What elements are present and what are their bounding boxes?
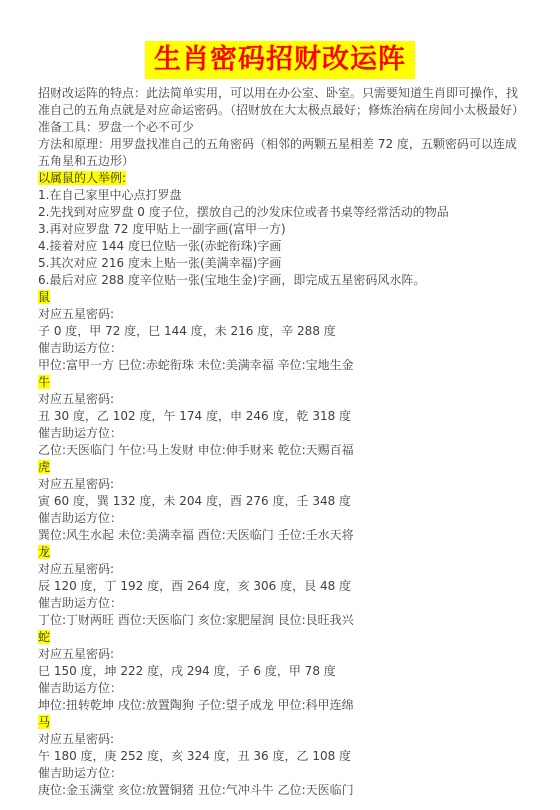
intro-line-5: 五角星和五边形）	[38, 153, 530, 170]
zodiac-label-horse: 马	[38, 714, 530, 731]
code-label-tiger: 对应五星密码:	[38, 476, 530, 493]
zodiac-label-rat: 鼠	[38, 289, 530, 306]
intro-line-2: 准自己的五角点就是对应命运密码。（招财放在大太极点最好；修炼治病在房间小太极最好…	[38, 102, 530, 119]
step-3: 3.再对应罗盘 72 度甲贴上一副字画(富甲一方)	[38, 221, 530, 238]
luck-label-horse: 催吉助运方位：	[38, 765, 530, 782]
step-2: 2.先找到对应罗盘 0 度子位，摆放自己的沙发床位或者书桌等经常活动的物品	[38, 204, 530, 221]
code-label-horse: 对应五星密码:	[38, 731, 530, 748]
zodiac-label-snake: 蛇	[38, 629, 530, 646]
zodiac-label-tiger: 虎	[38, 459, 530, 476]
zodiac-label-dragon-text: 龙	[38, 545, 50, 559]
luck-label-tiger: 催吉助运方位：	[38, 510, 530, 527]
luck-label-ox: 催吉助运方位：	[38, 425, 530, 442]
luck-label-snake: 催吉助运方位：	[38, 680, 530, 697]
luck-values-horse: 庚位:金玉满堂 亥位:放置铜猪 丑位:气冲斗牛 乙位:天医临门	[38, 782, 530, 799]
intro-line-3: 准备工具：罗盘一个必不可少	[38, 119, 530, 136]
zodiac-label-horse-text: 马	[38, 715, 50, 729]
code-label-ox: 对应五星密码:	[38, 391, 530, 408]
zodiac-label-rat-text: 鼠	[38, 290, 50, 304]
code-values-snake: 巳 150 度，坤 222 度，戌 294 度，子 6 度，甲 78 度	[38, 663, 530, 680]
page-title: 生肖密码招财改运阵	[145, 41, 415, 79]
code-values-ox: 丑 30 度，乙 102 度，午 174 度，申 246 度，乾 318 度	[38, 408, 530, 425]
luck-values-dragon: 丁位:丁财两旺 酉位:天医临门 亥位:家肥屋润 艮位:艮旺我兴	[38, 612, 530, 629]
luck-values-ox: 乙位:天医临门 午位:马上发财 申位:伸手财来 乾位:天赐百福	[38, 442, 530, 459]
code-label-snake: 对应五星密码:	[38, 646, 530, 663]
code-values-horse: 午 180 度，庚 252 度，亥 324 度，丑 36 度，乙 108 度	[38, 748, 530, 765]
luck-values-tiger: 巽位:风生水起 未位:美满幸福 酉位:天医临门 壬位:壬水天将	[38, 527, 530, 544]
code-values-dragon: 辰 120 度，丁 192 度，酉 264 度，亥 306 度，艮 48 度	[38, 578, 530, 595]
code-values-rat: 子 0 度，甲 72 度，巳 144 度，未 216 度，辛 288 度	[38, 323, 530, 340]
intro-line-1: 招财改运阵的特点：此法简单实用，可以用在办公室、卧室。只需要知道生肖即可操作，找	[38, 85, 530, 102]
luck-values-snake: 坤位:扭转乾坤 戌位:放置陶狗 子位:望子成龙 甲位:科甲连绵	[38, 697, 530, 714]
code-label-rat: 对应五星密码:	[38, 306, 530, 323]
example-heading-text: 以属鼠的人举例:	[38, 171, 126, 185]
luck-values-rat: 甲位:富甲一方 巳位:赤蛇衔珠 未位:美满幸福 辛位:宝地生金	[38, 357, 530, 374]
step-6: 6.最后对应 288 度辛位贴一张(宝地生金)字画，即完成五星密码风水阵。	[38, 272, 530, 289]
step-1: 1.在自己家里中心点打罗盘	[38, 187, 530, 204]
example-heading: 以属鼠的人举例:	[38, 170, 530, 187]
zodiac-label-snake-text: 蛇	[38, 630, 50, 644]
document-body: 招财改运阵的特点：此法简单实用，可以用在办公室、卧室。只需要知道生肖即可操作，找…	[0, 79, 560, 799]
luck-label-dragon: 催吉助运方位：	[38, 595, 530, 612]
step-5: 5.其次对应 216 度未上贴一张(美满幸福)字画	[38, 255, 530, 272]
zodiac-label-tiger-text: 虎	[38, 460, 50, 474]
zodiac-label-dragon: 龙	[38, 544, 530, 561]
zodiac-label-ox: 牛	[38, 374, 530, 391]
code-values-tiger: 寅 60 度，巽 132 度，未 204 度，酉 276 度，壬 348 度	[38, 493, 530, 510]
document-page: 生肖密码招财改运阵 招财改运阵的特点：此法简单实用，可以用在办公室、卧室。只需要…	[0, 0, 560, 810]
luck-label-rat: 催吉助运方位：	[38, 340, 530, 357]
title-row: 生肖密码招财改运阵	[0, 0, 560, 79]
zodiac-label-ox-text: 牛	[38, 375, 50, 389]
intro-line-4: 方法和原理：用罗盘找准自己的五角密码（相邻的两颗五星相差 72 度，五颗密码可以…	[38, 136, 530, 153]
step-4: 4.接着对应 144 度巳位贴一张(赤蛇衔珠)字画	[38, 238, 530, 255]
code-label-dragon: 对应五星密码:	[38, 561, 530, 578]
